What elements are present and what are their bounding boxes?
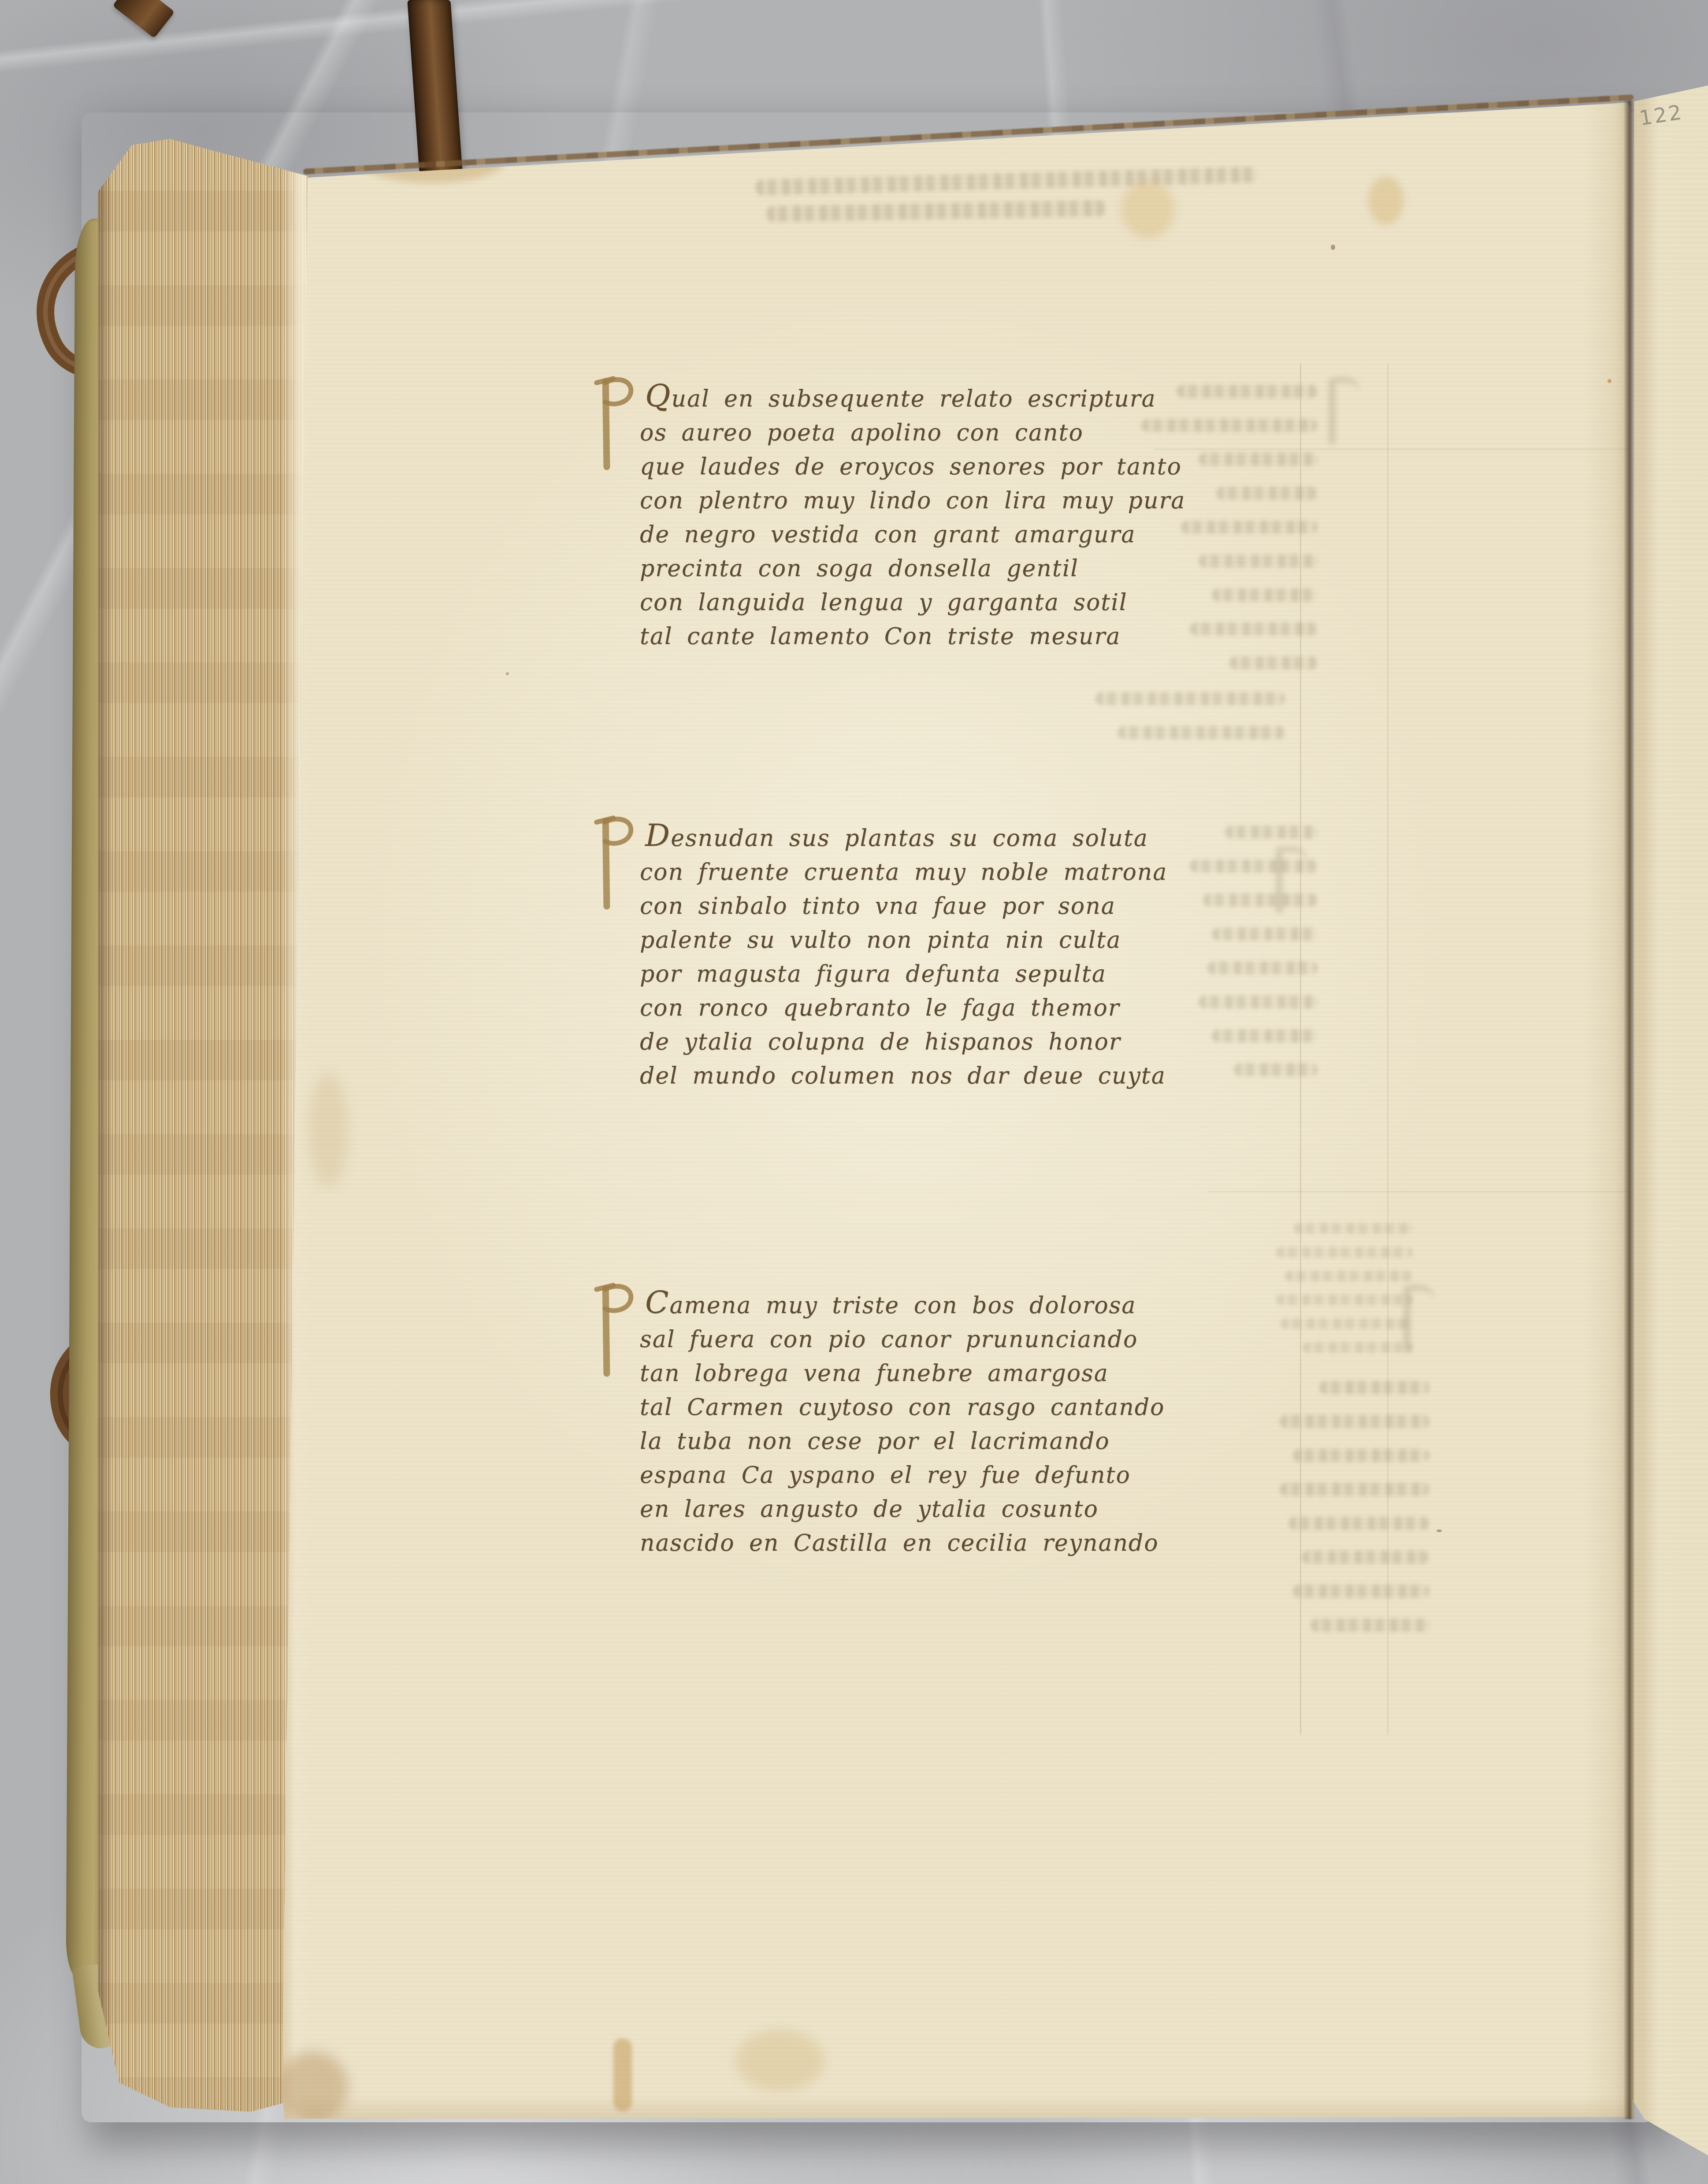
foxing-speck (1331, 245, 1335, 250)
stain (1121, 181, 1174, 238)
verse-line: con plentro muy lindo con lira muy pura (640, 484, 1185, 518)
stain (613, 2039, 632, 2111)
stanza: Desnudan sus plantas su coma soluta con … (640, 819, 1167, 1093)
ruling-line-horizontal (1207, 1191, 1630, 1192)
gutter-shadow (1623, 100, 1635, 2119)
show-through-header-line (767, 200, 1106, 222)
facing-page-sliver: 122 (1631, 83, 1708, 2155)
verse-line: tal cante lamento Con triste mesura (640, 620, 1185, 654)
folio-number: 122 (1637, 100, 1685, 130)
verse-line: con sinbalo tinto vna faue por sona (640, 889, 1167, 923)
verse-line: Qual en subsequente relato escriptura (640, 379, 1185, 416)
verse-line: por magusta figura defunta sepulta (640, 957, 1167, 991)
stain (1368, 176, 1404, 225)
stain (736, 2030, 824, 2091)
show-through-header-line (756, 167, 1259, 196)
verse-line: Desnudan sus plantas su coma soluta (640, 819, 1167, 856)
capitulum-icon (594, 1282, 636, 1378)
stanza: Qual en subsequente relato escriptura os… (640, 379, 1185, 654)
verse-line: con languida lengua y garganta sotil (640, 586, 1185, 620)
foxing-speck (1608, 379, 1611, 383)
capitulum-icon (594, 815, 636, 911)
verse-line: os aureo poeta apolino con canto (640, 416, 1185, 450)
verse-line: de negro vestida con grant amargura (640, 518, 1185, 552)
fore-edge (98, 121, 310, 2118)
verse-line: nascido en Castilla en cecilia reynando (640, 1526, 1165, 1560)
verse-line: con fruente cruenta muy noble matrona (640, 856, 1167, 889)
verse-line: en lares angusto de ytalia cosunto (640, 1492, 1165, 1526)
verse-line: palente su vulto non pinta nin culta (640, 923, 1167, 957)
verse-line: tan lobrega vena funebre amargosa (640, 1357, 1165, 1391)
foxing-speck (1437, 1529, 1442, 1532)
capitulum-icon (594, 376, 636, 472)
verse-line: que laudes de eroycos senores por tanto (640, 450, 1185, 484)
verse-line: con ronco quebranto le faga themor (640, 991, 1167, 1025)
stain (278, 2052, 348, 2122)
stain (308, 1073, 348, 1188)
verse-line: espana Ca yspano el rey fue defunto (640, 1458, 1165, 1492)
verse-line: precinta con soga donsella gentil (640, 552, 1185, 586)
stanza: Camena muy triste con bos dolorosa sal f… (640, 1286, 1165, 1560)
verse-line: la tuba non cese por el lacrimando (640, 1425, 1165, 1458)
foxing-speck (506, 672, 509, 675)
verse-line: Camena muy triste con bos dolorosa (640, 1286, 1165, 1323)
verse-line: del mundo columen nos dar deue cuyta (640, 1059, 1167, 1093)
manuscript-page: Qual en subsequente relato escriptura os… (282, 99, 1633, 2122)
verse-line: de ytalia colupna de hispanos honor (640, 1025, 1167, 1059)
verse-line: tal Carmen cuytoso con rasgo cantando (640, 1391, 1165, 1425)
ruling-line-horizontal (1155, 449, 1630, 450)
verse-line: sal fuera con pio canor prununciando (640, 1323, 1165, 1357)
